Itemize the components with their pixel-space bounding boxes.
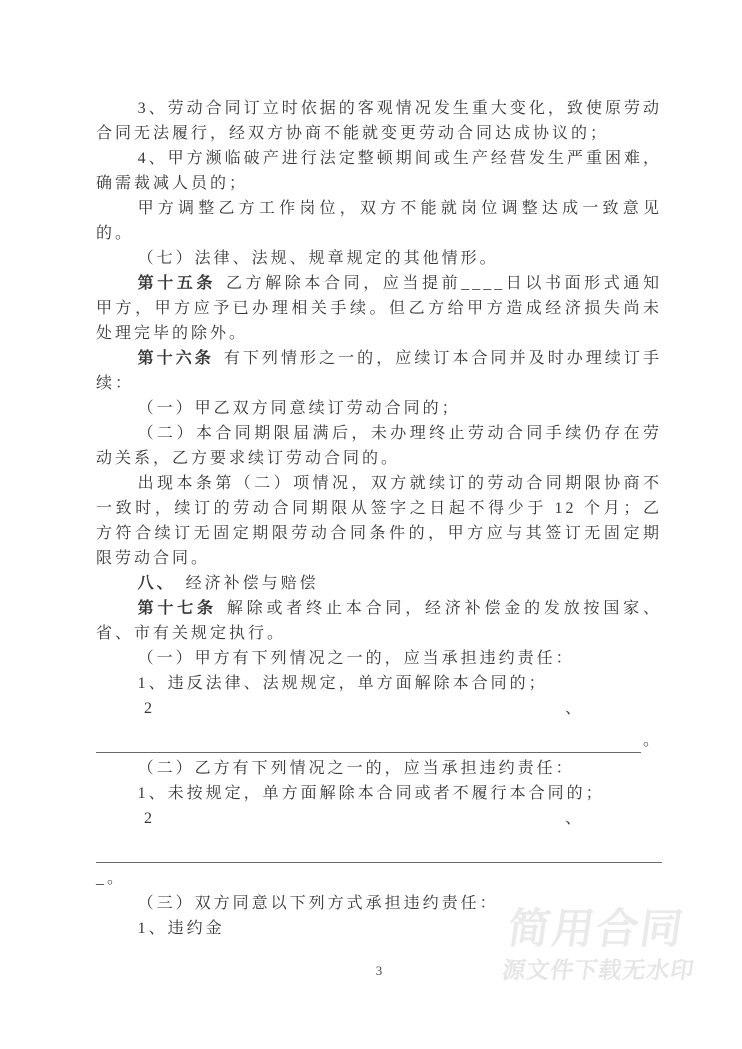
blank-item-number-row: 2、 bbox=[96, 806, 662, 831]
blank-underline bbox=[96, 733, 641, 753]
contract-line: 甲方调整乙方工作岗位，双方不能就岗位调整达成一致意见的。 bbox=[96, 196, 662, 246]
item-number: 2 bbox=[144, 696, 155, 721]
blank-underline bbox=[96, 843, 662, 863]
page-number: 3 bbox=[96, 963, 662, 979]
contract-line: 1、未按规定，单方面解除本合同或者不履行本合同的； bbox=[96, 781, 662, 806]
clause-heading: 第十七条 bbox=[138, 600, 227, 617]
contract-line: 出现本条第（二）项情况，双方就续订的劳动合同期限协商不一致时，续订的劳动合同期限… bbox=[96, 471, 662, 571]
contract-line: 第十六条有下列情形之一的，应续订本合同并及时办理续订手续： bbox=[96, 346, 662, 396]
contract-line: 第十七条解除或者终止本合同，经济补偿金的发放按国家、省、市有关规定执行。 bbox=[96, 596, 662, 646]
contract-line: （三）双方同意以下列方式承担违约责任： bbox=[96, 891, 662, 916]
clause-heading: 第十五条 bbox=[138, 275, 226, 292]
fill-in-blank-line bbox=[96, 838, 662, 863]
item-number: 2 bbox=[144, 806, 155, 831]
item-punctuation: 、 bbox=[565, 696, 584, 721]
clause-heading: 第十六条 bbox=[138, 350, 224, 367]
document-body: 3、劳动合同订立时依据的客观情况发生重大变化，致使原劳动合同无法履行，经双方协商… bbox=[96, 96, 662, 941]
contract-line: 4、甲方濒临破产进行法定整顿期间或生产经营发生严重困难，确需裁减人员的； bbox=[96, 146, 662, 196]
contract-line: 3、劳动合同订立时依据的客观情况发生重大变化，致使原劳动合同无法履行，经双方协商… bbox=[96, 96, 662, 146]
blank-item-number-row: 2、 bbox=[96, 696, 662, 721]
contract-line: （一）甲乙双方同意续订劳动合同的； bbox=[96, 396, 662, 421]
contract-line: _。 bbox=[96, 866, 662, 891]
fill-in-blank-line: 。 bbox=[96, 728, 662, 753]
contract-line: 八、经济补偿与赔偿 bbox=[96, 571, 662, 596]
contract-line: （一）甲方有下列情况之一的，应当承担违约责任： bbox=[96, 646, 662, 671]
contract-line: （七）法律、法规、规章规定的其他情形。 bbox=[96, 246, 662, 271]
clause-heading: 八、 bbox=[138, 575, 186, 592]
contract-line: （二）乙方有下列情况之一的，应当承担违约责任： bbox=[96, 756, 662, 781]
contract-document-page: 3、劳动合同订立时依据的客观情况发生重大变化，致使原劳动合同无法履行，经双方协商… bbox=[0, 0, 742, 1049]
blank-tail-punctuation: 。 bbox=[641, 728, 662, 753]
item-punctuation: 、 bbox=[565, 806, 584, 831]
contract-line: 第十五条乙方解除本合同，应当提前____日以书面形式通知甲方，甲方应予已办理相关… bbox=[96, 271, 662, 346]
contract-line: 1、违反法律、法规规定，单方面解除本合同的； bbox=[96, 671, 662, 696]
contract-line: （二）本合同期限届满后，未办理终止劳动合同手续仍存在劳动关系，乙方要求续订劳动合… bbox=[96, 421, 662, 471]
contract-line: 1、违约金 bbox=[96, 916, 662, 941]
